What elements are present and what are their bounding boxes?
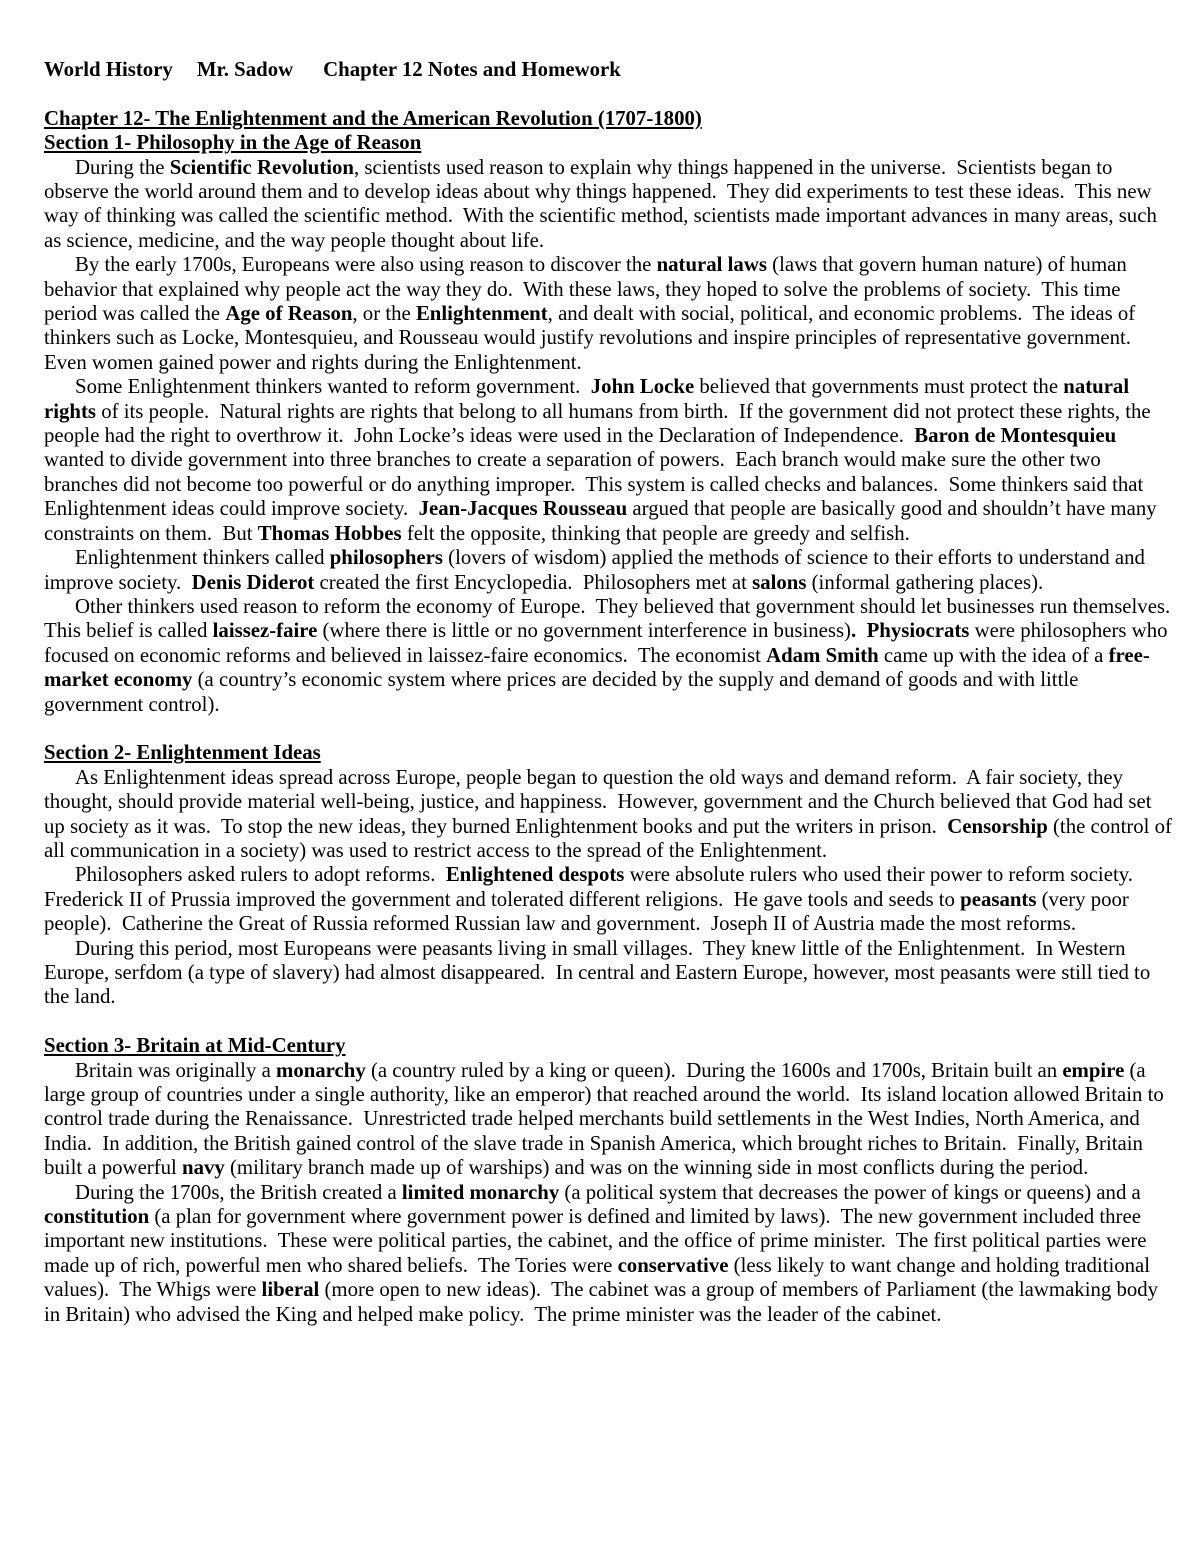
bold-term: limited monarchy bbox=[402, 1181, 559, 1204]
bold-term: . Physiocrats bbox=[851, 619, 969, 642]
document-page: World HistoryMr. SadowChapter 12 Notes a… bbox=[0, 0, 1200, 1553]
bold-term: natural laws bbox=[657, 253, 767, 276]
text-run: During this period, most Europeans were … bbox=[44, 937, 1155, 1009]
paragraph: During the 1700s, the British created a … bbox=[44, 1181, 1174, 1327]
bold-term: Enlightened despots bbox=[446, 863, 625, 886]
bold-term: laissez-faire bbox=[213, 619, 318, 642]
paragraph: As Enlightenment ideas spread across Eur… bbox=[44, 766, 1174, 864]
text-run: During the 1700s, the British created a bbox=[75, 1181, 402, 1204]
text-run: (where there is little or no government … bbox=[317, 619, 851, 642]
text-run: came up with the idea of a bbox=[879, 644, 1109, 667]
bold-term: empire bbox=[1062, 1059, 1124, 1082]
paragraph: Other thinkers used reason to reform the… bbox=[44, 595, 1174, 717]
header-course: World History bbox=[44, 58, 173, 81]
bold-term: Adam Smith bbox=[766, 644, 879, 667]
paragraph: By the early 1700s, Europeans were also … bbox=[44, 253, 1174, 375]
bold-term: salons bbox=[752, 571, 806, 594]
paragraph: During the Scientific Revolution, scient… bbox=[44, 156, 1174, 254]
bold-term: Age of Reason bbox=[225, 302, 352, 325]
bold-term: Jean-Jacques Rousseau bbox=[419, 497, 628, 520]
paragraph: Enlightenment thinkers called philosophe… bbox=[44, 546, 1174, 595]
text-run: Some Enlightenment thinkers wanted to re… bbox=[75, 375, 591, 398]
bold-term: philosophers bbox=[330, 546, 443, 569]
section-heading: Section 3- Britain at Mid-Century bbox=[44, 1034, 1174, 1058]
text-run: , or the bbox=[352, 302, 416, 325]
header-doc-title: Chapter 12 Notes and Homework bbox=[323, 58, 621, 81]
section-2: Section 2- Enlightenment IdeasAs Enlight… bbox=[44, 741, 1174, 1009]
section-heading: Section 2- Enlightenment Ideas bbox=[44, 741, 1174, 765]
text-run: By the early 1700s, Europeans were also … bbox=[75, 253, 657, 276]
bold-term: Baron de Montesquieu bbox=[914, 424, 1116, 447]
paragraph: Philosophers asked rulers to adopt refor… bbox=[44, 863, 1174, 936]
text-run: created the first Encyclopedia. Philosop… bbox=[314, 571, 752, 594]
bold-term: Enlightenment bbox=[416, 302, 548, 325]
paragraph: Britain was originally a monarchy (a cou… bbox=[44, 1059, 1174, 1181]
chapter-title: Chapter 12- The Enlightenment and the Am… bbox=[44, 107, 1174, 131]
section-1: Section 1- Philosophy in the Age of Reas… bbox=[44, 131, 1174, 717]
bold-term: monarchy bbox=[276, 1059, 366, 1082]
bold-term: Scientific Revolution bbox=[170, 156, 354, 179]
text-run: Enlightenment thinkers called bbox=[75, 546, 330, 569]
text-run: felt the opposite, thinking that people … bbox=[402, 522, 910, 545]
section-heading: Section 1- Philosophy in the Age of Reas… bbox=[44, 131, 1174, 155]
bold-term: Denis Diderot bbox=[192, 571, 315, 594]
bold-term: Censorship bbox=[947, 815, 1048, 838]
bold-term: liberal bbox=[262, 1278, 320, 1301]
bold-term: conservative bbox=[618, 1254, 729, 1277]
bold-term: constitution bbox=[44, 1205, 149, 1228]
sections-container: Section 1- Philosophy in the Age of Reas… bbox=[44, 131, 1174, 1327]
text-run: (a country ruled by a king or queen). Du… bbox=[366, 1059, 1063, 1082]
text-run: Philosophers asked rulers to adopt refor… bbox=[75, 863, 446, 886]
bold-term: peasants bbox=[960, 888, 1036, 911]
paragraph: Some Enlightenment thinkers wanted to re… bbox=[44, 375, 1174, 546]
document-header: World HistoryMr. SadowChapter 12 Notes a… bbox=[44, 58, 1174, 82]
bold-term: Thomas Hobbes bbox=[258, 522, 402, 545]
text-run: (a political system that decreases the p… bbox=[559, 1181, 1146, 1204]
text-run: (informal gathering places). bbox=[806, 571, 1043, 594]
header-teacher: Mr. Sadow bbox=[197, 58, 293, 81]
text-run: (military branch made up of warships) an… bbox=[225, 1156, 1088, 1179]
bold-term: John Locke bbox=[591, 375, 694, 398]
text-run: believed that governments must protect t… bbox=[694, 375, 1063, 398]
section-3: Section 3- Britain at Mid-CenturyBritain… bbox=[44, 1034, 1174, 1327]
text-run: During the bbox=[75, 156, 170, 179]
paragraph: During this period, most Europeans were … bbox=[44, 937, 1174, 1010]
bold-term: navy bbox=[182, 1156, 225, 1179]
text-run: (a country’s economic system where price… bbox=[44, 668, 1084, 715]
text-run: Britain was originally a bbox=[75, 1059, 276, 1082]
